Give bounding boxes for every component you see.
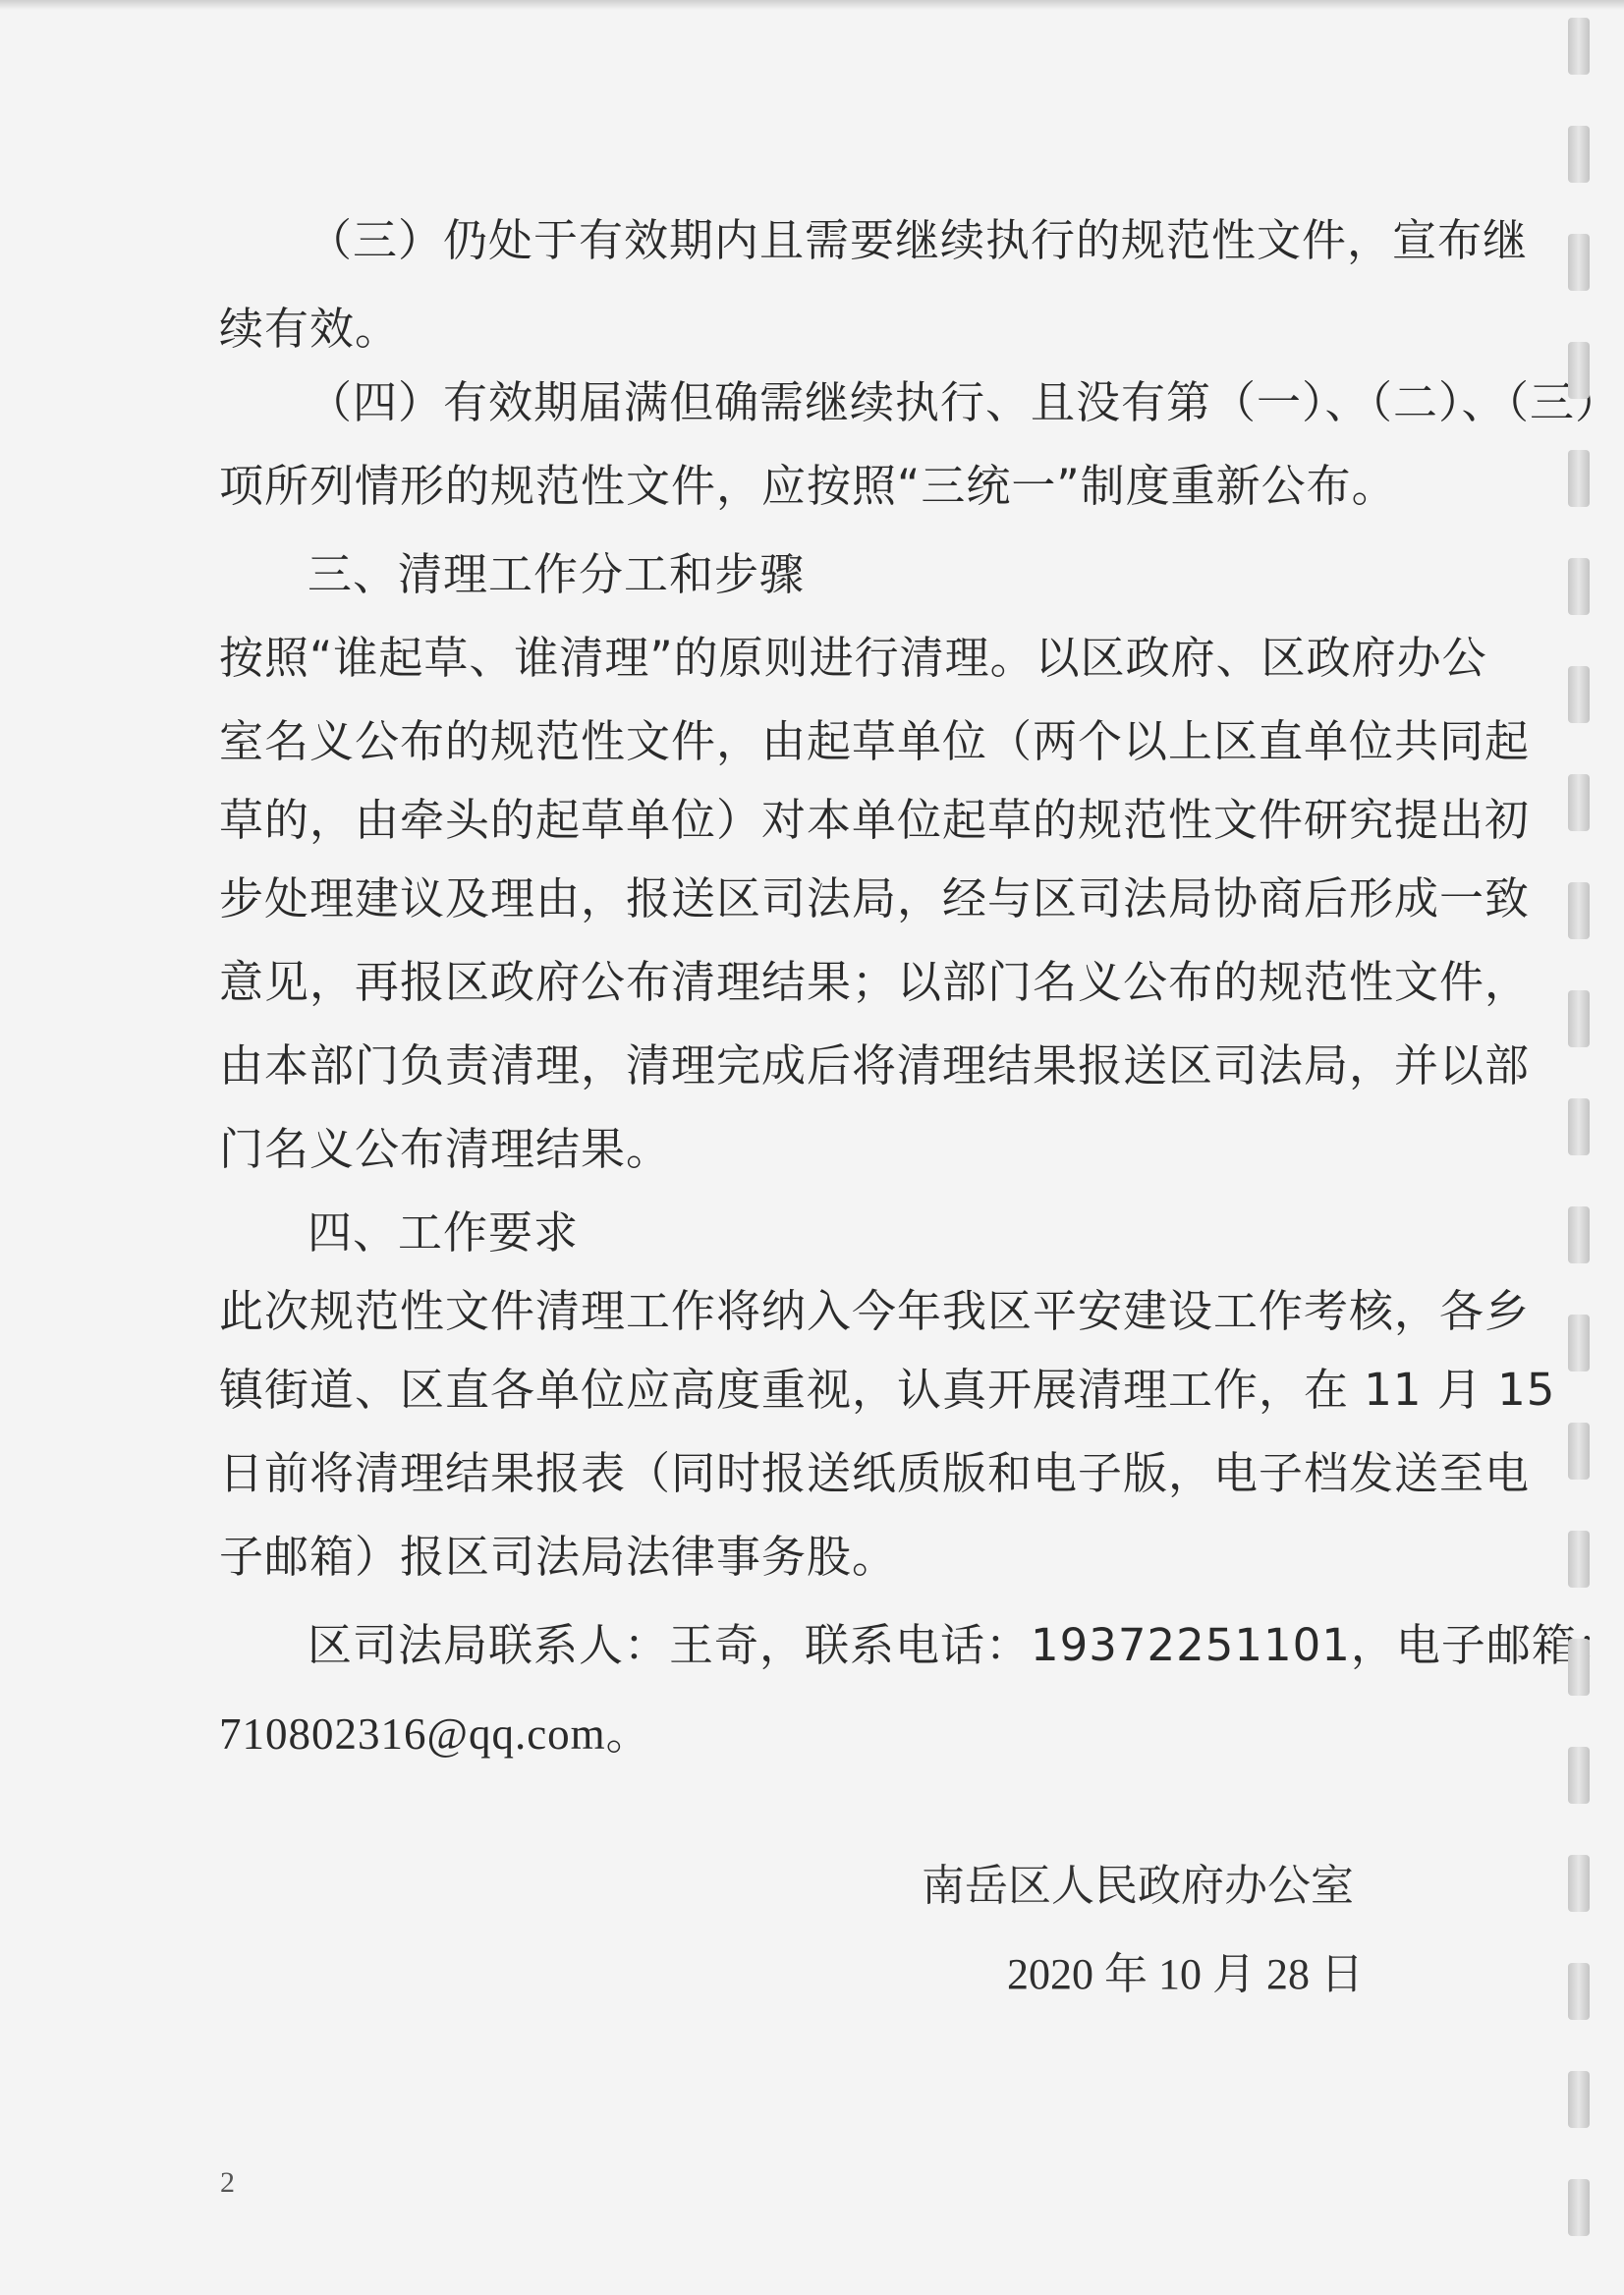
binding-hole (1568, 450, 1590, 507)
paragraph-line: 室名义公布的规范性文件，由起草单位（两个以上区直单位共同起 (219, 712, 1496, 771)
paragraph-line: 镇街道、区直各单位应高度重视，认真开展清理工作，在 11 月 15 (219, 1361, 1496, 1420)
document-page: （三）仍处于有效期内且需要继续执行的规范性文件，宣布继 续有效。 （四）有效期届… (0, 0, 1624, 2295)
paragraph-line: 子邮箱）报区司法局法律事务股。 (219, 1528, 1496, 1587)
binding-hole (1568, 342, 1590, 399)
signature-organization: 南岳区人民政府办公室 (922, 1857, 1354, 1916)
binding-hole (1568, 126, 1590, 183)
binding-hole (1568, 990, 1590, 1047)
binding-hole (1568, 558, 1590, 615)
binding-hole (1568, 1423, 1590, 1480)
paragraph-line: 项所列情形的规范性文件，应按照“三统一”制度重新公布。 (219, 457, 1496, 516)
binding-hole (1568, 666, 1590, 723)
paragraph-line: 草的，由牵头的起草单位）对本单位起草的规范性文件研究提出初 (219, 791, 1496, 850)
paragraph-line: 步处理建议及理由，报送区司法局，经与区司法局协商后形成一致 (219, 869, 1496, 928)
paragraph-line: 日前将清理结果报表（同时报送纸质版和电子版，电子档发送至电 (219, 1444, 1496, 1503)
binding-hole (1568, 1855, 1590, 1912)
binding-hole (1568, 1315, 1590, 1371)
signature-date: 2020 年 10 月 28 日 (1007, 1945, 1364, 2004)
page-number: 2 (220, 2166, 235, 2200)
section-heading: 三、清理工作分工和步骤 (308, 545, 1585, 604)
contact-email-line: 710802316@qq.com。 (219, 1705, 1496, 1763)
binding-hole (1568, 1963, 1590, 2020)
paragraph-line: （三）仍处于有效期内且需要继续执行的规范性文件，宣布继 (308, 211, 1585, 270)
binding-hole (1568, 774, 1590, 831)
section-heading: 四、工作要求 (308, 1203, 1585, 1262)
binding-hole (1568, 1098, 1590, 1155)
binding-hole (1568, 18, 1590, 75)
paragraph-line: 由本部门负责清理，清理完成后将清理结果报送区司法局，并以部 (219, 1036, 1496, 1095)
paragraph-line: 此次规范性文件清理工作将纳入今年我区平安建设工作考核，各乡 (219, 1282, 1496, 1341)
binding-hole (1568, 234, 1590, 291)
paragraph-line: 续有效。 (219, 300, 1496, 359)
binding-hole (1568, 1531, 1590, 1588)
binding-hole (1568, 882, 1590, 939)
paragraph-line: 门名义公布清理结果。 (219, 1120, 1496, 1179)
binding-hole (1568, 1639, 1590, 1696)
binding-hole (1568, 1206, 1590, 1263)
binding-hole (1568, 1747, 1590, 1804)
paragraph-line: 按照“谁起草、谁清理”的原则进行清理。以区政府、区政府办公 (219, 629, 1496, 688)
paragraph-line: （四）有效期届满但确需继续执行、且没有第（一）、（二）、（三） (308, 373, 1585, 432)
contact-line: 区司法局联系人：王奇，联系电话：19372251101，电子邮箱： (308, 1616, 1585, 1675)
paragraph-line: 意见，再报区政府公布清理结果；以部门名义公布的规范性文件， (219, 953, 1496, 1012)
binding-hole (1568, 2179, 1590, 2236)
binding-hole (1568, 2071, 1590, 2128)
